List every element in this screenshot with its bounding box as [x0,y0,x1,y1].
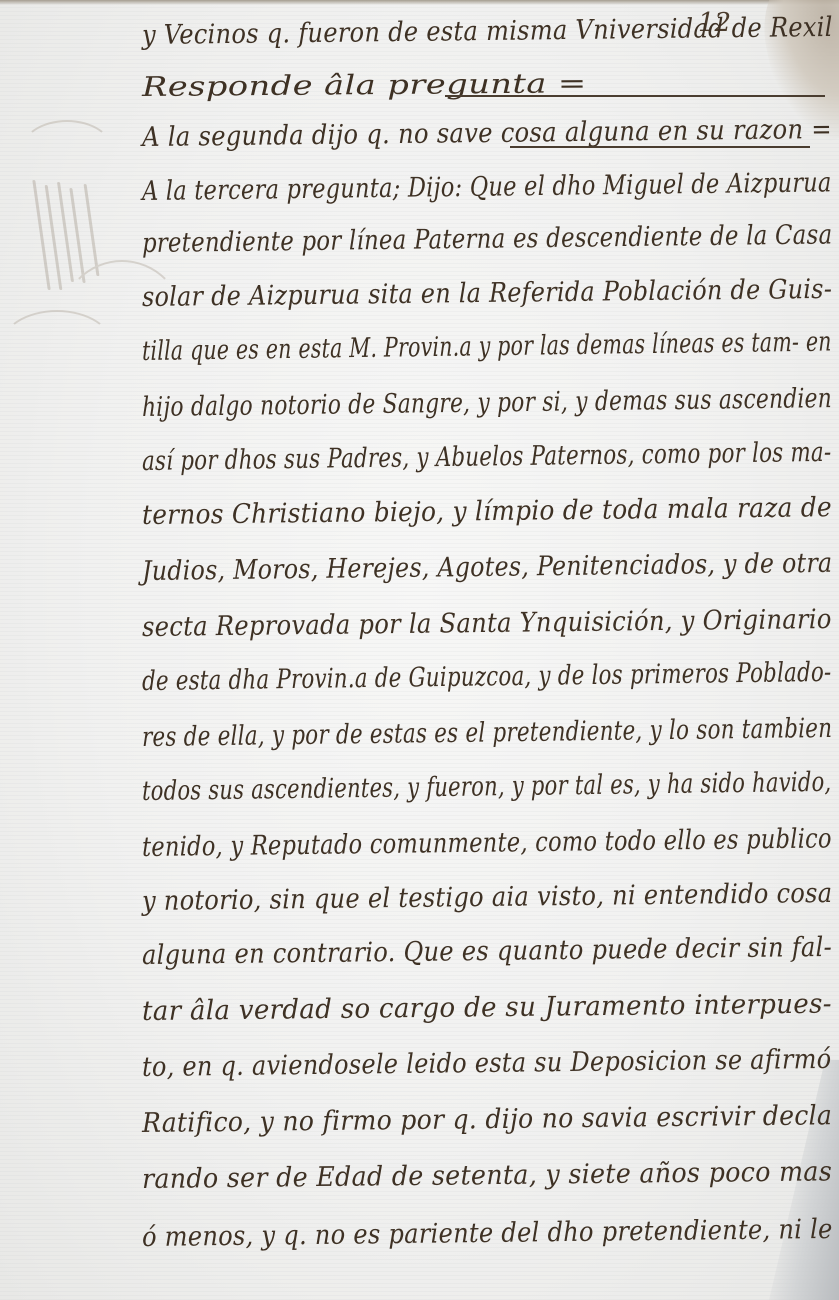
manuscript-line: A la tercera pregunta; Dijo: Que el dho … [142,167,832,207]
manuscript-line: y notorio, sin que el testigo aia visto,… [142,878,833,917]
manuscript-text: y Vecinos q. fueron de esta misma Vniver… [0,0,839,1300]
manuscript-line: solar de Aizpurua sita en la Referida Po… [142,274,832,313]
line-filler-dash [510,146,810,148]
manuscript-line: hijo dalgo notorio de Sangre, y por si, … [142,383,832,423]
manuscript-line: Responde âla pregunta = [142,68,587,103]
manuscript-line: pretendiente por línea Paterna es descen… [142,219,833,259]
manuscript-line: tenido, y Reputado comunmente, como todo… [142,823,832,863]
manuscript-line: de esta dha Provin.a de Guipuzcoa, y de … [142,657,832,697]
manuscript-line: ó menos, y q. no es pariente del dho pre… [142,1214,833,1253]
manuscript-page: 12 y Vecinos q. fueron de esta misma Vni… [0,0,839,1300]
manuscript-line: tar âla verdad so cargo de su Juramento … [142,989,832,1027]
manuscript-line: así por dhos sus Padres, y Abuelos Pater… [142,437,832,477]
manuscript-line: Judios, Moros, Herejes, Agotes, Penitenc… [142,548,833,587]
manuscript-line: todos sus ascendientes, y fueron, y por … [142,767,832,807]
manuscript-line: Ratifico, y no firmo por q. dijo no savi… [142,1100,832,1139]
manuscript-line: rando ser de Edad de setenta, y siete añ… [142,1156,832,1195]
manuscript-line: ternos Christiano biejo, y límpio de tod… [142,492,832,531]
manuscript-line: y Vecinos q. fueron de esta misma Vniver… [142,12,833,51]
manuscript-line: tilla que es en esta M. Provin.a y por l… [142,326,832,367]
manuscript-line: res de ella, y por de estas es el preten… [142,713,832,753]
manuscript-line: secta Reprovada por la Santa Ynquisición… [142,604,832,643]
manuscript-line: alguna en contrario. Que es quanto puede… [142,932,832,971]
line-filler-dash [445,95,825,97]
manuscript-line: to, en q. aviendosele leido esta su Depo… [142,1044,832,1083]
